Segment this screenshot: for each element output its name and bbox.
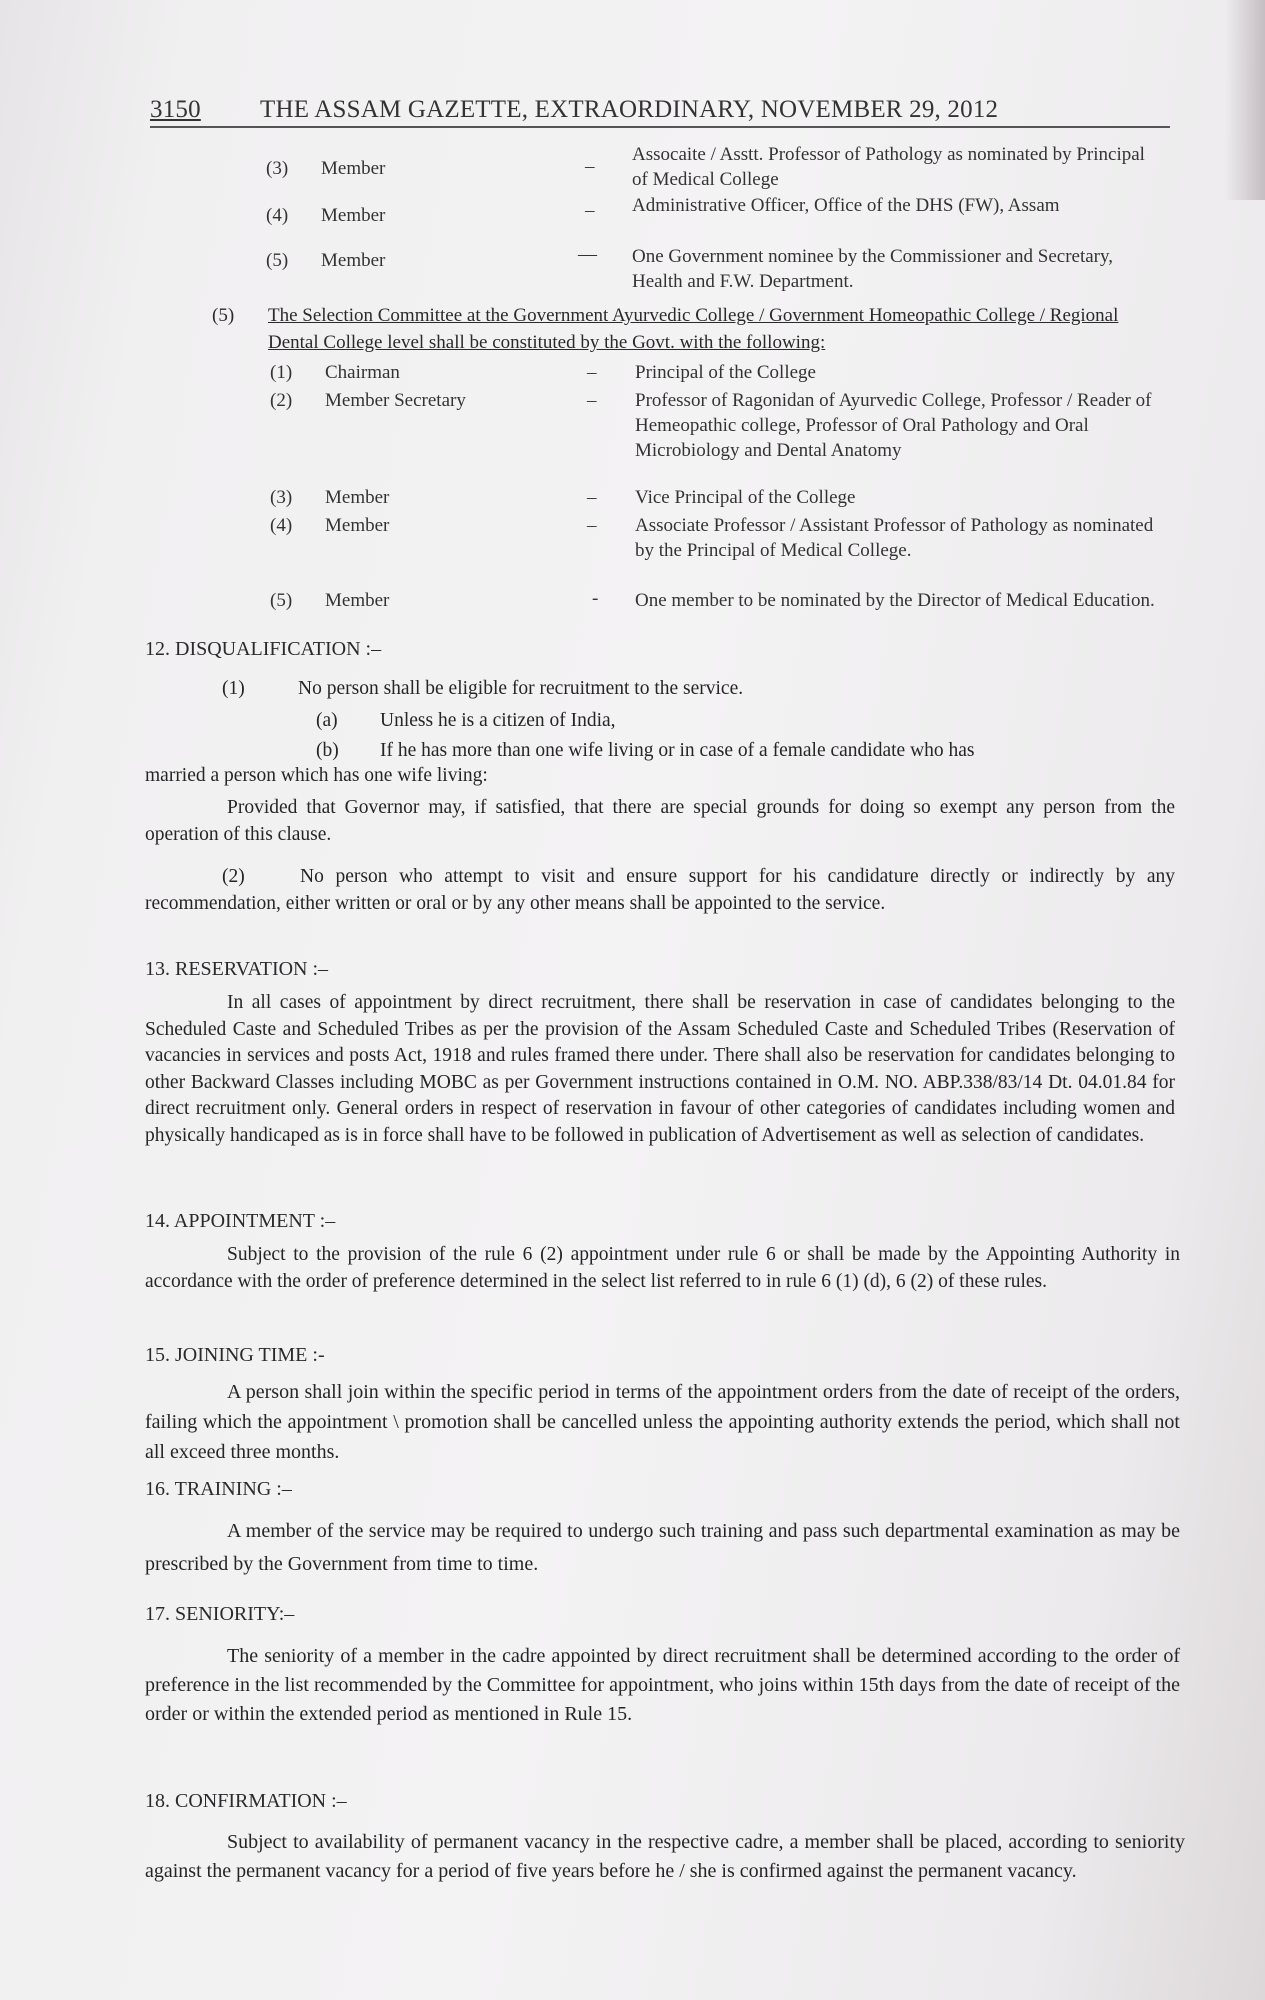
gazette-title: THE ASSAM GAZETTE, EXTRAORDINARY, NOVEMB… <box>260 96 998 123</box>
committee-a-desc: Assocaite / Asstt. Professor of Patholog… <box>632 142 1157 192</box>
section-body: The seniority of a member in the cadre a… <box>145 1642 1180 1729</box>
selection-committee-heading: (5) The Selection Committee at the Gover… <box>212 302 1152 356</box>
section-body: Subject to the provision of the rule 6 (… <box>145 1242 1180 1295</box>
section-heading: 12. DISQUALIFICATION :– <box>145 638 381 661</box>
section-body: A member of the service may be required … <box>145 1515 1180 1581</box>
section-heading: 16. TRAINING :– <box>145 1478 292 1501</box>
page-number: 3150 <box>150 96 260 124</box>
page-header: 3150THE ASSAM GAZETTE, EXTRAORDINARY, NO… <box>150 96 1170 128</box>
section-heading: 13. RESERVATION :– <box>145 958 328 981</box>
section-body: A person shall join within the specific … <box>145 1377 1180 1467</box>
section-body: Subject to availability of permanent vac… <box>145 1828 1185 1886</box>
gazette-page: 3150THE ASSAM GAZETTE, EXTRAORDINARY, NO… <box>0 0 1265 2000</box>
page-edge-shadow <box>1225 0 1265 200</box>
committee-a-desc: Administrative Officer, Office of the DH… <box>632 193 1157 218</box>
proviso-text: Provided that Governor may, if satisfied… <box>145 795 1175 848</box>
committee-a-desc: One Government nominee by the Commission… <box>632 244 1157 294</box>
section-heading: 17. SENIORITY:– <box>145 1603 294 1626</box>
section-heading: 18. CONFIRMATION :– <box>145 1790 347 1813</box>
section-heading: 15. JOINING TIME :- <box>145 1344 325 1367</box>
section-body: In all cases of appointment by direct re… <box>145 990 1175 1149</box>
section-heading: 14. APPOINTMENT :– <box>145 1210 335 1233</box>
